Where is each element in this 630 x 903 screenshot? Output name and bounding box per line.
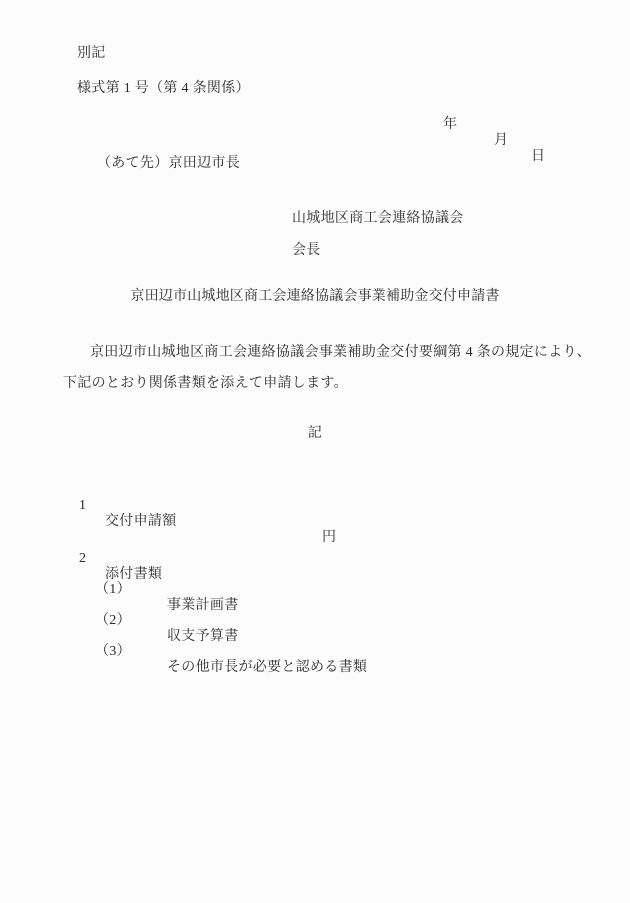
document-title: 京田辺市山城地区商工会連絡協議会事業補助金交付申請書 xyxy=(0,289,630,305)
sub-item-number: （3） xyxy=(95,644,131,660)
record-heading: 記 xyxy=(0,426,630,442)
sub-item-number: （1） xyxy=(95,582,131,598)
annotation-label: 別記 xyxy=(77,46,106,62)
body-line-2: 下記のとおり関係書類を添えて申請します。 xyxy=(63,376,348,392)
date-year-label: 年 xyxy=(443,117,457,133)
form-number-label: 様式第 1 号（第 4 条関係） xyxy=(77,81,250,97)
sub-item-label: その他市長が必要と認める書類 xyxy=(167,660,367,676)
sender-title: 会長 xyxy=(292,243,321,259)
document-page: 別記 様式第 1 号（第 4 条関係） 年 月 日 （あて先）京田辺市長 山城地… xyxy=(0,0,630,903)
addressee-label: （あて先）京田辺市長 xyxy=(97,156,240,172)
date-day-label: 日 xyxy=(531,149,545,165)
sender-organization: 山城地区商工会連絡協議会 xyxy=(292,211,464,227)
sub-item-number: （2） xyxy=(95,613,131,629)
body-line-1: 京田辺市山城地区商工会連絡協議会事業補助金交付要綱第 4 条の規定により、 xyxy=(90,345,591,361)
sub-list-item-3: （3） その他市長が必要と認める書類 xyxy=(0,628,630,692)
date-line: 年 月 日 xyxy=(0,101,630,181)
item-number: 2 xyxy=(79,551,86,567)
date-month-label: 月 xyxy=(494,133,508,149)
item-label: 交付申請額 xyxy=(105,514,177,530)
item-number: 1 xyxy=(79,498,86,514)
